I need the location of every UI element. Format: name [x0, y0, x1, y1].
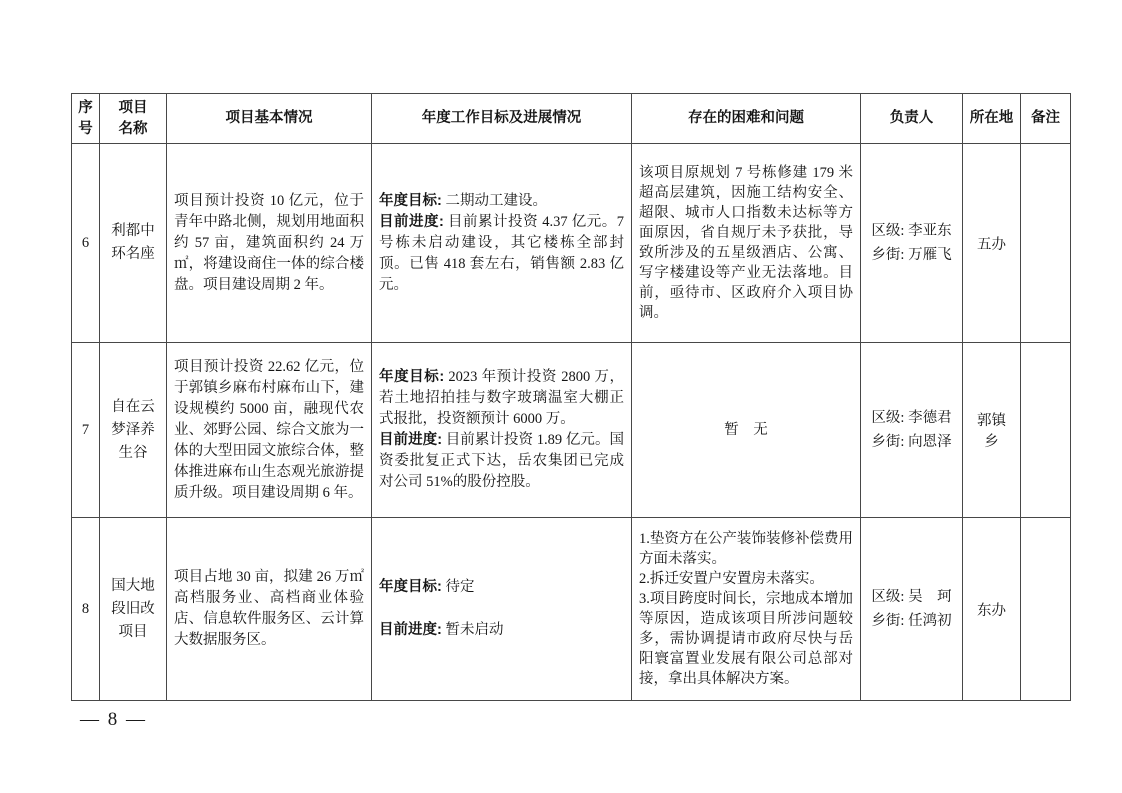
leader-cell: 区级: 李亚东 乡街: 万雁飞 [861, 144, 963, 343]
problems-cell: 该项目原规划 7 号栋修建 179 米超高层建筑，因施工结构安全、超限、城市人口… [632, 144, 861, 343]
seq-value: 6 [82, 235, 89, 251]
seq-value: 7 [82, 422, 89, 438]
location-value: 五办 [977, 237, 1006, 253]
goal-label: 年度目标: [379, 369, 444, 385]
current-progress: 目前进度: 目前累计投资 1.89 亿元。国资委批复正式下达，岳农集团已完成对公… [379, 430, 624, 493]
annual-goal: 年度目标: 二期动工建设。 [379, 191, 624, 212]
problems-text: 该项目原规划 7 号栋修建 179 米超高层建筑，因施工结构安全、超限、城市人口… [639, 163, 853, 323]
basic-info-cell: 项目预计投资 10 亿元，位于青年中路北侧，规划用地面积约 57 亩，建筑面积约… [167, 144, 372, 343]
remark-cell [1021, 343, 1071, 518]
goal-label: 年度目标: [379, 193, 442, 209]
progress-text: 暂未启动 [445, 622, 503, 638]
leader-cell: 区级: 李德君 乡街: 向恩泽 [861, 343, 963, 518]
leader-names: 区级: 李亚东 乡街: 万雁飞 [871, 219, 951, 267]
seq-cell: 8 [72, 518, 100, 701]
header-row: 序 号 项目 名称 项目基本情况 年度工作目标及进展情况 存在的困难和问题 负责… [72, 94, 1071, 144]
progress-label: 目前进度: [379, 432, 442, 448]
goal-text: 待定 [445, 579, 474, 595]
table-row: 8 国大地段旧改项目 项目占地 30 亩，拟建 26 万㎡高档服务业、高档商业体… [72, 518, 1071, 701]
document-page: 序 号 项目 名称 项目基本情况 年度工作目标及进展情况 存在的困难和问题 负责… [0, 0, 1122, 793]
header-project-name: 项目 名称 [100, 94, 167, 144]
project-name: 国大地段旧改项目 [111, 578, 155, 640]
location-value: 郭镇乡 [977, 413, 1006, 450]
leader-district: 区级: 李亚东 [871, 219, 951, 243]
seq-value: 8 [82, 601, 89, 617]
leader-township: 乡街: 向恩泽 [871, 430, 951, 454]
problems-cell: 1.垫资方在公产装饰装修补偿费用方面未落实。 2.拆迁安置户安置房未落实。 3.… [632, 518, 861, 701]
goal-label: 年度目标: [379, 579, 442, 595]
problems-text: 1.垫资方在公产装饰装修补偿费用方面未落实。 2.拆迁安置户安置房未落实。 3.… [639, 529, 853, 689]
header-remark: 备注 [1021, 94, 1071, 144]
leader-names: 区级: 吴 珂 乡街: 任鸿初 [871, 585, 951, 633]
annual-goal: 年度目标: 2023 年预计投资 2800 万，若土地招拍挂与数字玻璃温室大棚正… [379, 367, 624, 430]
header-basic-info: 项目基本情况 [167, 94, 372, 144]
remark-cell [1021, 144, 1071, 343]
goal-text: 二期动工建设。 [445, 193, 547, 209]
table-row: 6 利都中环名座 项目预计投资 10 亿元，位于青年中路北侧，规划用地面积约 5… [72, 144, 1071, 343]
current-progress: 目前进度: 暂未启动 [379, 620, 624, 641]
progress-label: 目前进度: [379, 622, 442, 638]
basic-info-text: 项目占地 30 亩，拟建 26 万㎡高档服务业、高档商业体验店、信息软件服务区、… [174, 567, 364, 651]
goal-progress-cell: 年度目标: 待定 目前进度: 暂未启动 [372, 518, 632, 701]
project-name-cell: 国大地段旧改项目 [100, 518, 167, 701]
location-value: 东办 [977, 603, 1006, 619]
annual-goal: 年度目标: 待定 [379, 577, 624, 598]
leader-district: 区级: 吴 珂 [871, 585, 951, 609]
leader-district: 区级: 李德君 [871, 406, 951, 430]
problems-cell: 暂 无 [632, 343, 861, 518]
basic-info-cell: 项目预计投资 22.62 亿元，位于郭镇乡麻布村麻布山下，建设规模约 5000 … [167, 343, 372, 518]
goal-progress-cell: 年度目标: 2023 年预计投资 2800 万，若土地招拍挂与数字玻璃温室大棚正… [372, 343, 632, 518]
header-annual-goal-progress: 年度工作目标及进展情况 [372, 94, 632, 144]
basic-info-text: 项目预计投资 22.62 亿元，位于郭镇乡麻布村麻布山下，建设规模约 5000 … [174, 357, 364, 504]
header-location: 所在地 [963, 94, 1021, 144]
leader-township: 乡街: 万雁飞 [871, 243, 951, 267]
header-leader: 负责人 [861, 94, 963, 144]
progress-label: 目前进度: [379, 214, 444, 230]
project-name: 自在云梦泽养生谷 [111, 399, 155, 461]
leader-township: 乡街: 任鸿初 [871, 609, 951, 633]
seq-cell: 7 [72, 343, 100, 518]
basic-info-cell: 项目占地 30 亩，拟建 26 万㎡高档服务业、高档商业体验店、信息软件服务区、… [167, 518, 372, 701]
page-number: — 8 — [80, 709, 147, 731]
problems-text: 暂 无 [639, 420, 853, 440]
goal-progress-cell: 年度目标: 二期动工建设。 目前进度: 目前累计投资 4.37 亿元。7 号栋未… [372, 144, 632, 343]
remark-cell [1021, 518, 1071, 701]
location-cell: 东办 [963, 518, 1021, 701]
leader-cell: 区级: 吴 珂 乡街: 任鸿初 [861, 518, 963, 701]
header-seq: 序 号 [72, 94, 100, 144]
project-name-cell: 自在云梦泽养生谷 [100, 343, 167, 518]
seq-cell: 6 [72, 144, 100, 343]
location-cell: 郭镇乡 [963, 343, 1021, 518]
leader-names: 区级: 李德君 乡街: 向恩泽 [871, 406, 951, 454]
table-row: 7 自在云梦泽养生谷 项目预计投资 22.62 亿元，位于郭镇乡麻布村麻布山下，… [72, 343, 1071, 518]
location-cell: 五办 [963, 144, 1021, 343]
current-progress: 目前进度: 目前累计投资 4.37 亿元。7 号栋未启动建设，其它楼栋全部封顶。… [379, 212, 624, 296]
header-problems: 存在的困难和问题 [632, 94, 861, 144]
project-name: 利都中环名座 [111, 223, 155, 262]
project-name-cell: 利都中环名座 [100, 144, 167, 343]
basic-info-text: 项目预计投资 10 亿元，位于青年中路北侧，规划用地面积约 57 亩，建筑面积约… [174, 191, 364, 296]
project-progress-table: 序 号 项目 名称 项目基本情况 年度工作目标及进展情况 存在的困难和问题 负责… [71, 93, 1071, 701]
